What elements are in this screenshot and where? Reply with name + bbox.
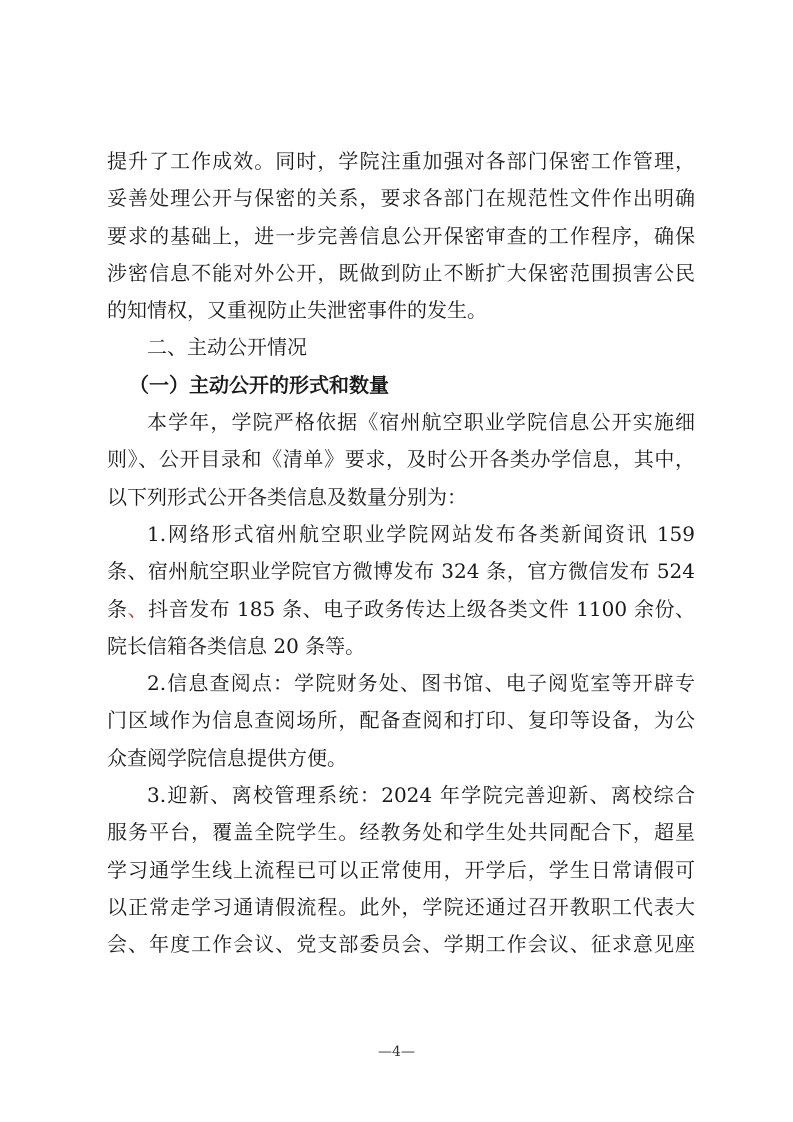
document-page: 提升了工作成效。同时，学院注重加强对各部门保密工作管理， 妥善处理公开与保密的关… bbox=[107, 143, 695, 964]
text-line: 以下列形式公开各类信息及数量分别为： bbox=[107, 479, 695, 516]
text-line: 众查阅学院信息提供方便。 bbox=[107, 740, 695, 777]
text-line: 门区域作为信息查阅场所，配备查阅和打印、复印等设备，为公 bbox=[107, 702, 695, 739]
text-line: 涉密信息不能对外公开，既做到防止不断扩大保密范围损害公民 bbox=[107, 255, 695, 292]
red-punctuation-mark: 、 bbox=[128, 597, 149, 621]
continuation-paragraph: 提升了工作成效。同时，学院注重加强对各部门保密工作管理， 妥善处理公开与保密的关… bbox=[107, 143, 695, 329]
text-line: 条、抖音发布 185 条、电子政务传达上级各类文件 1100 余份、 bbox=[107, 591, 695, 628]
text-line: 3.迎新、离校管理系统：2024 年学院完善迎新、离校综合 bbox=[107, 777, 695, 814]
text-line: 1.网络形式宿州航空职业学院网站发布各类新闻资讯 159 bbox=[107, 516, 695, 553]
page-number: —4— bbox=[0, 1044, 793, 1060]
item-3-paragraph: 3.迎新、离校管理系统：2024 年学院完善迎新、离校综合 服务平台，覆盖全院学… bbox=[107, 777, 695, 963]
text-line: 2.信息查阅点：学院财务处、图书馆、电子阅览室等开辟专 bbox=[107, 665, 695, 702]
text-line: 提升了工作成效。同时，学院注重加强对各部门保密工作管理， bbox=[107, 143, 695, 180]
section-heading: 二、主动公开情况 bbox=[107, 329, 695, 366]
text-line: 的知情权，又重视防止失泄密事件的发生。 bbox=[107, 292, 695, 329]
item-2-paragraph: 2.信息查阅点：学院财务处、图书馆、电子阅览室等开辟专 门区域作为信息查阅场所，… bbox=[107, 665, 695, 777]
text-fragment: 条 bbox=[107, 597, 128, 621]
text-line: 院长信箱各类信息 20 条等。 bbox=[107, 628, 695, 665]
text-line: 以正常走学习通请假流程。此外，学院还通过召开教职工代表大 bbox=[107, 889, 695, 926]
text-line: 本学年，学院严格依据《宿州航空职业学院信息公开实施细 bbox=[107, 404, 695, 441]
subsection-heading: （一）主动公开的形式和数量 bbox=[107, 367, 695, 404]
item-1-paragraph: 1.网络形式宿州航空职业学院网站发布各类新闻资讯 159 条、宿州航空职业学院官… bbox=[107, 516, 695, 665]
text-line: 会、年度工作会议、党支部委员会、学期工作会议、征求意见座 bbox=[107, 926, 695, 963]
text-line: 则》、公开目录和《清单》要求，及时公开各类办学信息，其中， bbox=[107, 441, 695, 478]
text-fragment: 抖音发布 185 条、电子政务传达上级各类文件 1100 余份、 bbox=[148, 597, 695, 621]
text-line: 妥善处理公开与保密的关系，要求各部门在规范性文件作出明确 bbox=[107, 180, 695, 217]
text-line: 服务平台，覆盖全院学生。经教务处和学生处共同配合下，超星 bbox=[107, 814, 695, 851]
text-line: 要求的基础上，进一步完善信息公开保密审查的工作程序，确保 bbox=[107, 218, 695, 255]
text-line: 学习通学生线上流程已可以正常使用，开学后，学生日常请假可 bbox=[107, 852, 695, 889]
text-line: 条、宿州航空职业学院官方微博发布 324 条，官方微信发布 524 bbox=[107, 553, 695, 590]
intro-paragraph: 本学年，学院严格依据《宿州航空职业学院信息公开实施细 则》、公开目录和《清单》要… bbox=[107, 404, 695, 516]
